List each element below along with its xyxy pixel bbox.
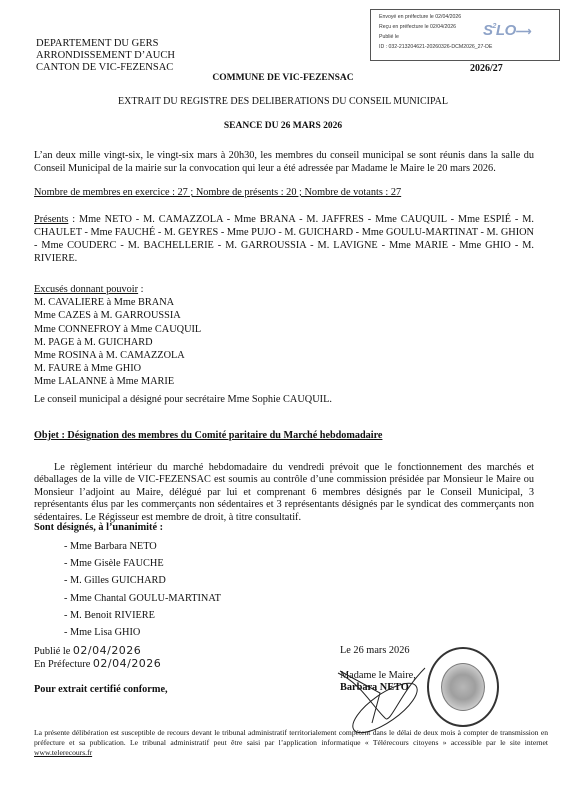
excuses-label: Excusés donnant pouvoir <box>34 284 138 295</box>
header-line-arrondissement: ARRONDISSEMENT D’AUCH <box>36 50 175 62</box>
header-line-department: DEPARTEMENT DU GERS <box>36 38 175 50</box>
publication-info: Publié le 02/04/2026 En Préfecture 02/04… <box>34 645 161 671</box>
prefecture-stamp: Envoyé en préfecture le 02/04/2026 Reçu … <box>370 9 560 61</box>
telerecours-link[interactable]: www.telerecours.fr <box>34 748 92 757</box>
stamp-envoye: Envoyé en préfecture le 02/04/2026 <box>379 12 559 22</box>
designe-item: - Mme Chantal GOULU-MARTINAT <box>64 590 221 607</box>
secretaire-line: Le conseil municipal a désigné pour secr… <box>34 394 534 407</box>
signature-icon <box>330 663 460 733</box>
prefecture-date: 02/04/2026 <box>93 657 161 670</box>
legal-notice: La présente délibération est susceptible… <box>34 728 548 758</box>
stamp-publie: Publié le <box>379 32 559 42</box>
department-header: DEPARTEMENT DU GERS ARRONDISSEMENT D’AUC… <box>36 38 175 74</box>
prefecture-label: En Préfecture <box>34 659 90 670</box>
extrait-title: EXTRAIT DU REGISTRE DES DELIBERATIONS DU… <box>0 96 566 109</box>
stamp-recu: Reçu en préfecture le 02/04/2026 <box>379 22 559 32</box>
publie-date: 02/04/2026 <box>73 644 141 657</box>
signature-date: Le 26 mars 2026 <box>340 645 410 658</box>
designe-item: - Mme Barbara NETO <box>64 538 221 555</box>
designe-item: - M. Gilles GUICHARD <box>64 572 221 589</box>
presents-paragraph: Présents : Mme NETO - M. CAMAZZOLA - Mme… <box>34 213 534 265</box>
designe-item: - Mme Gisèle FAUCHE <box>64 555 221 572</box>
intro-paragraph: L’an deux mille vingt-six, le vingt-six … <box>34 150 534 176</box>
objet-title: Objet : Désignation des membres du Comit… <box>34 430 534 443</box>
excuse-item: M. CAVALIERE à Mme BRANA <box>34 296 534 309</box>
commune-title: COMMUNE DE VIC-FEZENSAC <box>0 73 566 85</box>
s2lo-logo: S2LO⟶ <box>483 22 531 37</box>
stamp-id: ID : 032-213204621-20260326-DCM2026_27-D… <box>379 42 559 52</box>
arrow-icon: ⟶ <box>516 26 531 38</box>
body-paragraph: Le règlement intérieur du marché hebdoma… <box>34 462 534 524</box>
publie-label: Publié le <box>34 646 70 657</box>
designe-item: - M. Benoit RIVIERE <box>64 607 221 624</box>
presents-label: Présents <box>34 214 68 225</box>
designe-item: - Mme Lisa GHIO <box>64 624 221 641</box>
excuse-item: Mme CONNEFROY à Mme CAUQUIL <box>34 323 534 336</box>
excuses-section: Excusés donnant pouvoir : M. CAVALIERE à… <box>34 283 534 389</box>
certification-line: Pour extrait certifié conforme, <box>34 684 168 697</box>
designes-label: Sont désignés, à l’unanimité : <box>34 522 534 535</box>
excuse-item: Mme CAZES à M. GARROUSSIA <box>34 309 534 322</box>
designes-list: - Mme Barbara NETO - Mme Gisèle FAUCHE -… <box>64 538 221 641</box>
excuse-item: M. PAGE à M. GUICHARD <box>34 336 534 349</box>
presents-list: : Mme NETO - M. CAMAZZOLA - Mme BRANA - … <box>34 214 534 264</box>
seance-title: SEANCE DU 26 MARS 2026 <box>0 121 566 133</box>
excuse-item: M. FAURE à Mme GHIO <box>34 362 534 375</box>
excuse-item: Mme LALANNE à Mme MARIE <box>34 375 534 388</box>
excuse-item: Mme ROSINA à M. CAMAZZOLA <box>34 349 534 362</box>
member-counts: Nombre de membres en exercice : 27 ; Nom… <box>34 187 534 200</box>
